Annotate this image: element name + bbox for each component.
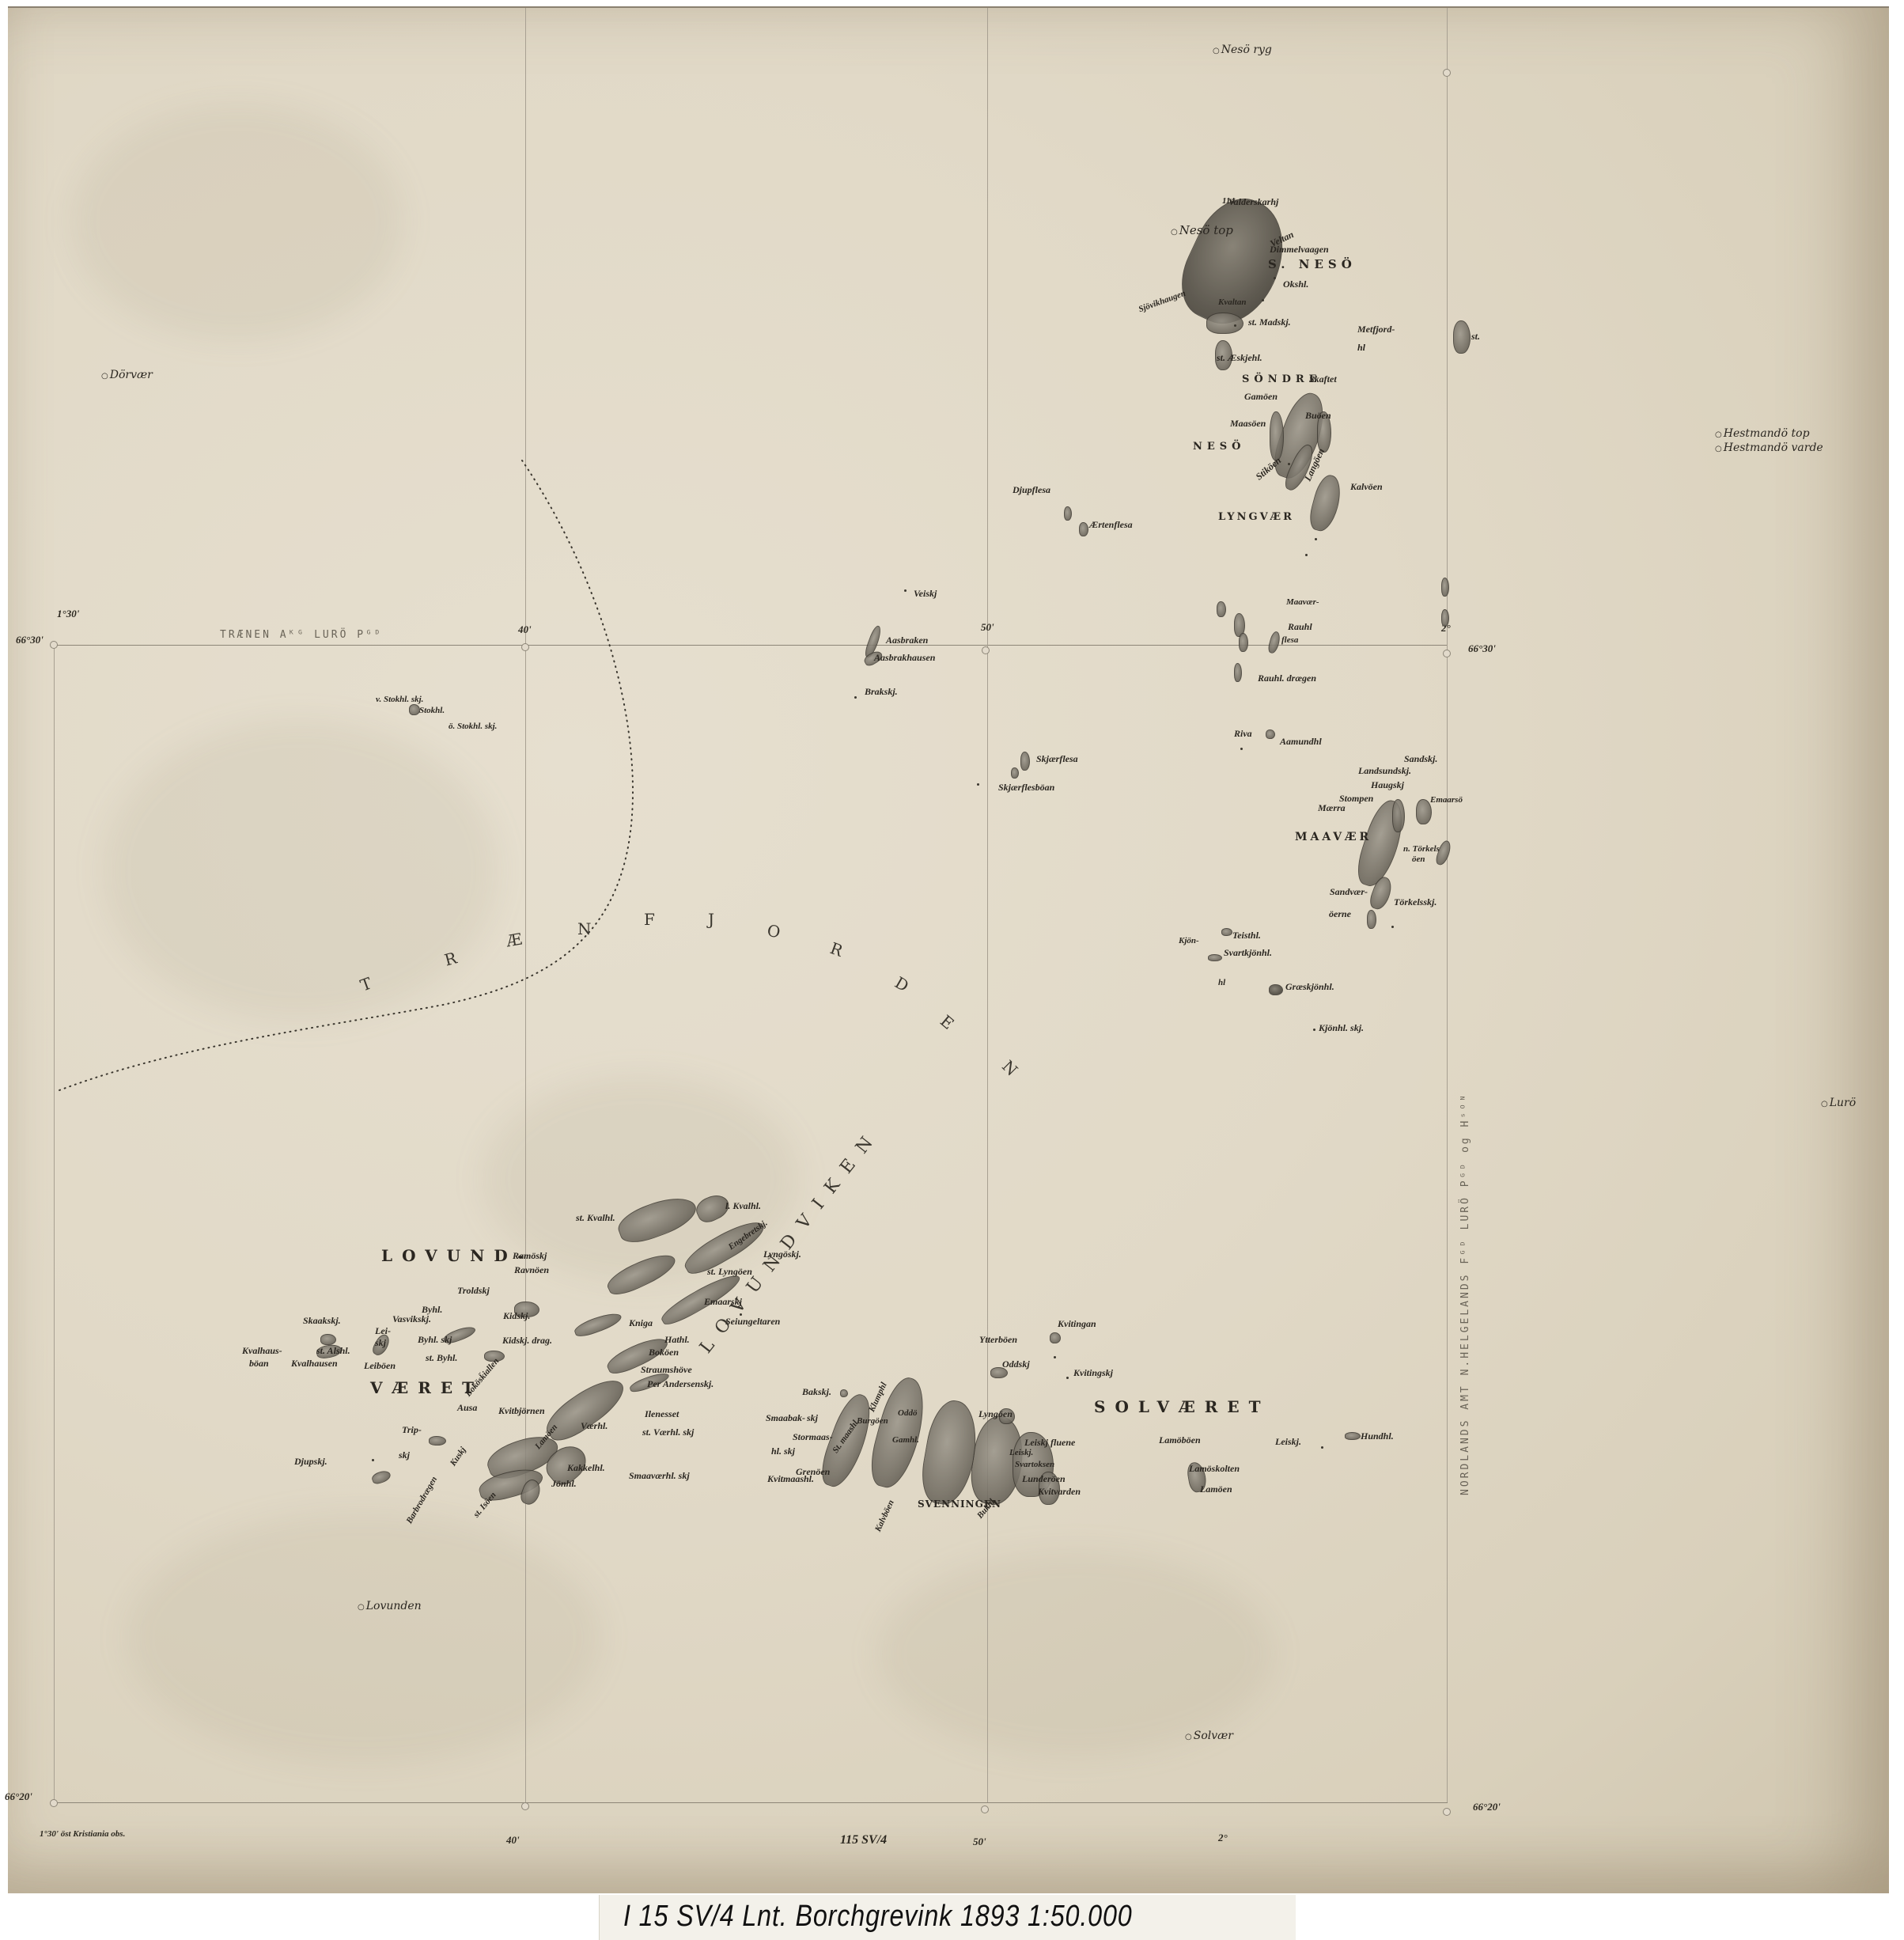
island <box>1367 910 1376 929</box>
label-kakkelhl: Kakkelhl. <box>567 1462 605 1474</box>
label-maavaer-flesa-2: flesa <box>1281 635 1298 645</box>
label-vasvikskj: Vasvikskj. <box>392 1313 431 1325</box>
catalog-label-strip: I 15 SV/4 Lnt. Borchgrevink 1893 1:50.00… <box>599 1895 1296 1940</box>
label-varhl: Værhl. <box>581 1420 608 1432</box>
label-neso-top: Nesö top <box>1171 223 1233 237</box>
label-graeskjonhl: Græskjönhl. <box>1285 981 1334 993</box>
svartkjonhl-island <box>1208 954 1222 961</box>
label-per-andersenskj: Per Andersenskj. <box>647 1378 714 1390</box>
region-lyngvaer: LYNGVÆR <box>1218 511 1294 523</box>
rock <box>977 783 979 786</box>
region-s-neso: S. NESÖ <box>1268 257 1357 271</box>
label-svartoksen: Svartoksen <box>1015 1460 1054 1469</box>
rock <box>1305 554 1308 556</box>
label-kvitingskj: Kvitingskj <box>1073 1367 1113 1379</box>
rock <box>1054 1356 1056 1358</box>
label-troldskj: Troldskj <box>457 1285 490 1297</box>
label-buoen: Buöen <box>1305 410 1331 422</box>
label-leiskj-e: Leiskj. <box>1009 1448 1033 1457</box>
rock <box>1262 299 1264 301</box>
rock <box>372 1459 374 1461</box>
label-kidskj: Kidskj. <box>503 1310 530 1322</box>
island <box>1234 663 1242 682</box>
label-aasbrakhausen: Aasbrakhausen <box>874 652 935 664</box>
label-ilenesset: Ilenesset <box>645 1408 679 1420</box>
label-kjon: Kjön- <box>1179 936 1199 945</box>
rock <box>1066 1377 1069 1379</box>
island <box>1441 609 1449 627</box>
label-gamoen: Gamöen <box>1244 391 1278 403</box>
rock <box>904 589 907 592</box>
label-trip-skj: skj <box>399 1449 410 1461</box>
label-oddskj: Oddskj <box>1002 1358 1030 1370</box>
label-ramoskj: Ramöskj <box>513 1250 547 1262</box>
label-aamundhl: Aamundhl <box>1280 736 1322 748</box>
label-st-madskj: st. Madskj. <box>1248 316 1291 328</box>
label-lamoen: Lamöen <box>1200 1483 1232 1495</box>
island <box>1441 578 1449 597</box>
rock <box>1321 1446 1323 1449</box>
label-veiskj: Veiskj <box>914 588 937 600</box>
parish-boundary-curve <box>0 0 1904 1940</box>
rock <box>1313 1029 1315 1031</box>
label-maasoen: Maasöen <box>1230 418 1266 430</box>
label-bakskj: Bakskj. <box>802 1386 831 1398</box>
skjaerflesa-island <box>1020 752 1030 771</box>
label-kvalhaus: Kvalhaus- <box>242 1345 282 1357</box>
label-kvitmaashl: Kvitmaashl. <box>767 1473 814 1485</box>
label-skaftet: Skaftet <box>1309 373 1337 385</box>
fjord-letter: J <box>708 910 714 929</box>
label-st-varhl-skj: st. Værhl. skj <box>642 1427 694 1438</box>
kvitingan-island <box>1050 1332 1061 1343</box>
label-oddo: Oddö <box>898 1408 917 1418</box>
label-svartkjonhl: Svartkjönhl. <box>1224 947 1272 959</box>
offmap-solvaer: Solvær <box>1185 1730 1233 1742</box>
label-stormaas-hl-skj: hl. skj <box>771 1446 795 1457</box>
rock <box>1274 277 1276 279</box>
offmap-hestmando-top: Hestmandö top <box>1715 427 1810 440</box>
label-lamoskolten: Lamöskolten <box>1189 1463 1240 1475</box>
rock <box>1288 463 1290 465</box>
island <box>1064 506 1072 521</box>
island <box>320 1334 336 1345</box>
label-kvalhausen: Kvalhausen <box>291 1358 338 1370</box>
label-leiskj-fluene: Leiskj fluene <box>1024 1437 1075 1449</box>
label-st-kvalhl: st. Kvalhl. <box>576 1212 615 1224</box>
label-kjon-hl: hl <box>1218 978 1225 987</box>
fjord-letter: F <box>644 910 655 929</box>
rock <box>1315 538 1317 540</box>
label-lei-skj: skj <box>375 1337 386 1349</box>
label-gamhl: Gamhl. <box>892 1435 919 1445</box>
region-lovund: LOVUND- <box>381 1246 533 1265</box>
label-hathl: Hathl. <box>664 1334 690 1346</box>
rock <box>1391 926 1394 928</box>
hundhl-island <box>1345 1432 1361 1440</box>
island <box>1416 799 1432 824</box>
island <box>1392 799 1405 832</box>
label-kvalhaus-boan: böan <box>249 1358 269 1370</box>
label-o-stokhl-skj: ö. Stokhl. skj. <box>449 722 497 731</box>
label-st: st. <box>1471 331 1480 343</box>
label-smaavaerhl-skj: Smaaværhl. skj <box>629 1470 690 1482</box>
offmap-hestmando-varde: Hestmandö varde <box>1715 441 1823 454</box>
label-landsundskj: Landsundskj. <box>1358 765 1411 777</box>
label-sandvaer: Sandvær- <box>1330 886 1368 898</box>
island <box>1011 767 1019 779</box>
label-kalvoen: Kalvöen <box>1350 481 1383 493</box>
label-aasbraken: Aasbraken <box>886 635 928 646</box>
label-kniga: Kniga <box>629 1317 653 1329</box>
rock <box>1240 748 1243 750</box>
bakskj-island <box>840 1389 848 1397</box>
label-st-alshl: st. Alshl. <box>316 1345 350 1357</box>
island <box>1453 320 1471 354</box>
label-burgoen: Burgöen <box>857 1416 888 1426</box>
island <box>1239 633 1248 652</box>
label-sandvaeroerne: öerne <box>1329 908 1351 920</box>
label-st-aeskjehl: st. Æskjehl. <box>1217 352 1262 364</box>
label-lamoboen: Lamöböen <box>1159 1434 1201 1446</box>
label-kvitvarden: Kvitvarden <box>1038 1486 1081 1498</box>
island <box>1079 522 1088 536</box>
label-v-stokhl-skj: v. Stokhl. skj. <box>376 695 423 704</box>
stokhl-island <box>409 704 420 715</box>
label-riva: Riva <box>1234 728 1252 740</box>
label-st-byhl: st. Byhl. <box>426 1352 457 1364</box>
label-emaars-o: Emaarsö <box>1430 795 1463 805</box>
label-okshl: Okshl. <box>1283 278 1308 290</box>
label-skjaerflesa: Skjærflesa <box>1036 753 1078 765</box>
label-ravnoen: Ravnöen <box>514 1264 549 1276</box>
label-lyngoen: Lyngöen <box>978 1408 1013 1420</box>
label-torkelsskj: Törkelsskj. <box>1394 896 1437 908</box>
island <box>1206 313 1243 334</box>
region-maavaer: MAAVÆR <box>1295 831 1372 843</box>
fjord-letter: N <box>577 919 592 938</box>
label-bokoen: Boköen <box>649 1347 679 1358</box>
label-skaakskj: Skaakskj. <box>303 1315 341 1327</box>
label-lei: Lei- <box>375 1325 391 1337</box>
label-lunderoen: Lunderöen <box>1022 1473 1066 1485</box>
graeskjonhl-island <box>1269 984 1283 995</box>
label-kjonhl-skj: Kjönhl. skj. <box>1319 1022 1364 1034</box>
island <box>1217 601 1226 617</box>
label-metfjord-hl: hl <box>1357 342 1365 354</box>
label-maavaer-flesa: Maavær- <box>1286 597 1319 607</box>
label-l-kvalhl: l. Kvalhl. <box>725 1200 761 1212</box>
label-hundhl: Hundhl. <box>1361 1430 1394 1442</box>
label-n-torkelsoen-2: öen <box>1412 854 1425 864</box>
label-haugskj: Haugskj <box>1371 779 1404 791</box>
label-kvitbjornen: Kvitbjörnen <box>498 1405 545 1417</box>
label-sandskj: Sandskj. <box>1404 753 1437 765</box>
offmap-dorvaer: Dörvær <box>101 369 153 381</box>
label-skjaerflesboan: Skjærflesböan <box>998 782 1054 794</box>
label-trip: Trip- <box>402 1424 422 1436</box>
label-n-torkelsoen: n. Törkels <box>1403 844 1440 854</box>
label-teisthl: Teisthl. <box>1232 930 1261 942</box>
label-smaabak: Smaabak- <box>766 1412 805 1424</box>
label-maerra: Mærra <box>1318 802 1346 814</box>
label-dimmelvaagen: Dimmelvaagen <box>1270 244 1329 256</box>
label-lyngoskj: Lyngöskj. <box>763 1248 801 1260</box>
label-seiungeltaren: Seiungeltaren <box>725 1316 780 1328</box>
offmap-neso-ryg: Nesö ryg <box>1213 44 1272 56</box>
label-djupflesa: Djupflesa <box>1013 484 1050 496</box>
label-kvaltan: Kvaltan <box>1218 297 1246 307</box>
fjord-letter: Æ <box>505 929 524 950</box>
label-kidskj-drag: Kidskj. drag. <box>502 1335 552 1347</box>
catalog-label: I 15 SV/4 Lnt. Borchgrevink 1893 1:50.00… <box>623 1900 1133 1934</box>
label-stormaas: Stormaas- <box>793 1431 833 1443</box>
label-emaarskj: Emaarskj <box>704 1296 742 1308</box>
label-ertenflesa: Ærtenflesa <box>1089 519 1133 531</box>
island <box>1270 411 1284 460</box>
rock <box>1234 324 1236 327</box>
label-djupskj: Djupskj. <box>294 1456 327 1468</box>
label-byhl-skj: Byhl. skj <box>418 1334 452 1346</box>
label-ausa: Ausa <box>457 1402 477 1414</box>
label-leiskj: Leiskj. <box>1275 1436 1301 1448</box>
label-valderskarh: Valderskarhj <box>1228 196 1278 208</box>
region-neso: NESÖ <box>1193 441 1246 453</box>
label-brakskj: Brakskj. <box>865 686 898 698</box>
label-rauhl: Rauhl <box>1288 621 1312 633</box>
island <box>429 1436 446 1446</box>
label-yterboen: Ytterböen <box>979 1334 1017 1346</box>
label-kvitingan: Kvitingan <box>1058 1318 1096 1330</box>
label-rauhl-draegen: Rauhl. drægen <box>1258 673 1316 684</box>
offmap-luro: Lurö <box>1821 1097 1856 1109</box>
label-stokhl: Stokhl. <box>419 706 445 715</box>
label-st-lyngoen: st. Lyngöen <box>707 1266 752 1278</box>
label-leiboen: Leiböen <box>364 1360 396 1372</box>
label-straumshove: Straumshöve <box>641 1364 692 1376</box>
rock <box>854 696 857 699</box>
offmap-lovunden: Lovunden <box>358 1600 422 1612</box>
island <box>1266 729 1275 739</box>
label-jonhl: Jönhl. <box>551 1478 577 1490</box>
label-smaabak-skj: skj <box>807 1412 818 1424</box>
region-solvaeret: SOLVÆRET <box>1094 1397 1270 1416</box>
label-metfjord: Metfjord- <box>1357 324 1395 335</box>
teisthl-island <box>1221 928 1232 936</box>
